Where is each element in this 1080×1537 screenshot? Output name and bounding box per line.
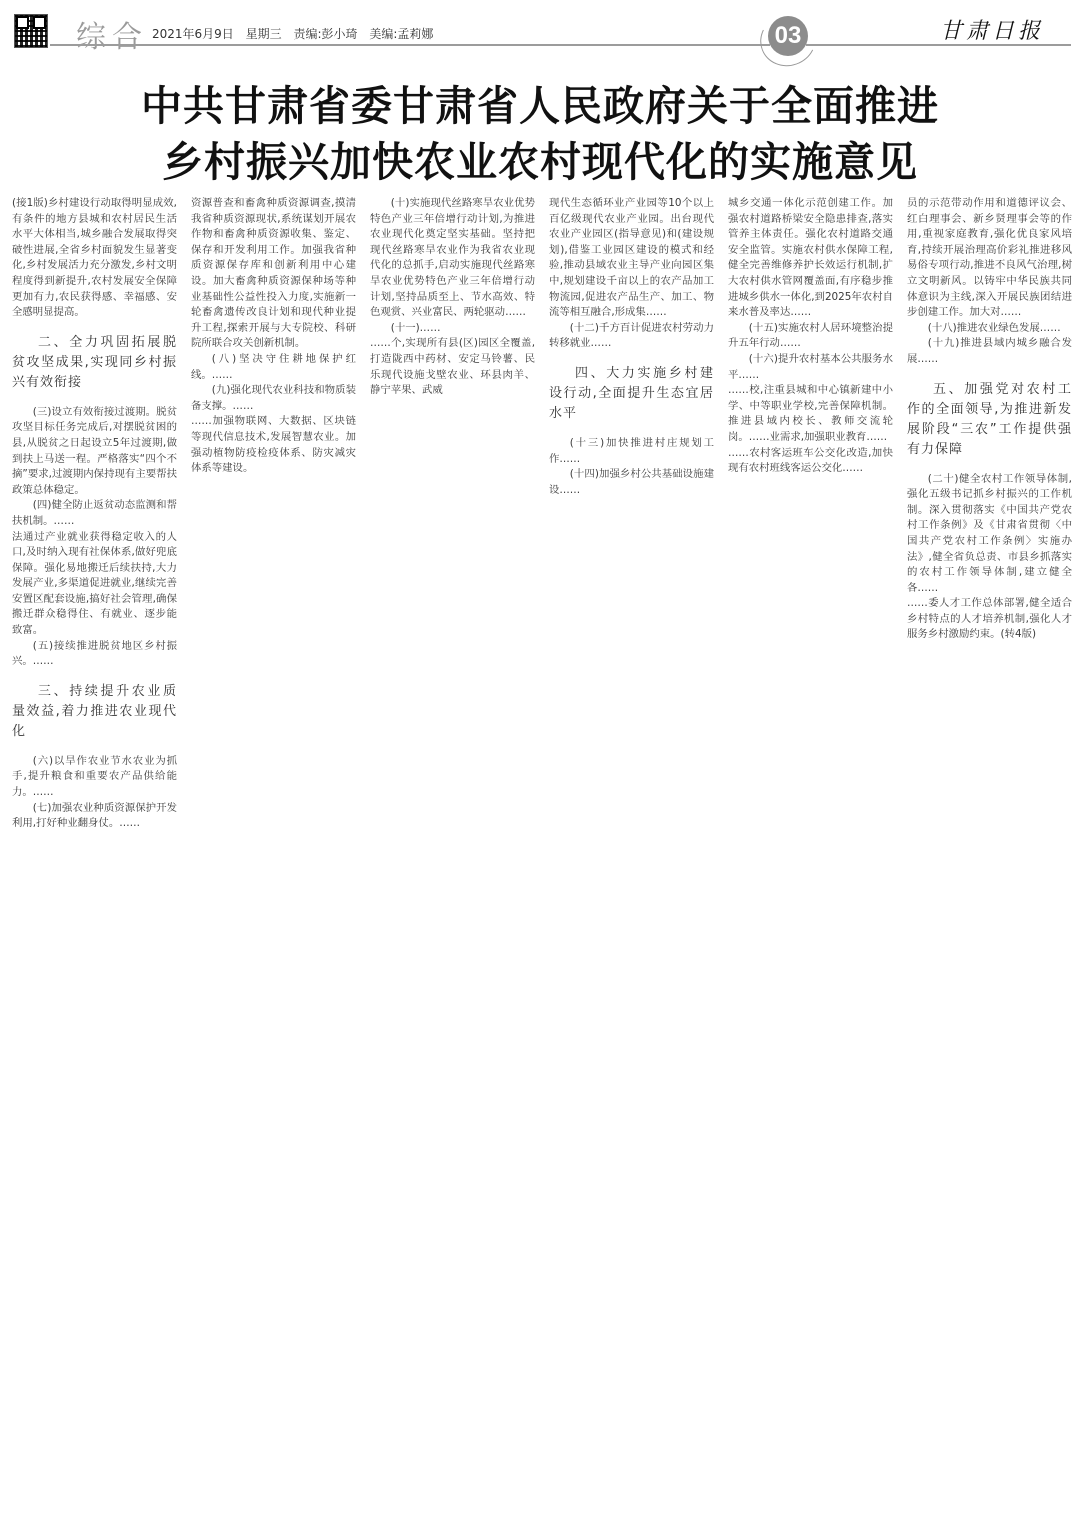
- article-paragraph: (十二)千方百计促进农村劳动力转移就业……: [549, 321, 714, 352]
- article-paragraph: (五)接续推进脱贫地区乡村振兴。……: [12, 639, 177, 670]
- article-paragraph: (十四)加强乡村公共基础设施建设……: [549, 467, 714, 498]
- article-paragraph: (十)实施现代丝路寒旱农业优势特色产业三年倍增行动计划,为推进农业现代化奠定坚实…: [370, 196, 535, 321]
- newspaper-logo: 甘肃日报: [940, 14, 1044, 45]
- article-paragraph: (二十)健全农村工作领导体制,强化五级书记抓乡村振兴的工作机制。深入贯彻落实《中…: [907, 472, 1072, 597]
- issue-meta: 2021年6月9日 星期三 责编:彭小琦 美编:孟莉娜: [152, 25, 433, 42]
- article-paragraph: 员的示范带动作用和道德评议会、红白理事会、新乡贤理事会等的作用,重视家庭教育,强…: [907, 196, 1072, 321]
- article-paragraph: 法通过产业就业获得稳定收入的人口,及时纳入现有社保体系,做好兜底保障。强化易地搬…: [12, 530, 177, 639]
- section-name: 综合: [76, 12, 148, 56]
- article-column-5: 城乡交通一体化示范创建工作。加强农村道路桥梁安全隐患排查,落实管养主体责任。强化…: [728, 196, 893, 1532]
- article-paragraph: (十三)加快推进村庄规划工作……: [549, 436, 714, 467]
- section-subheading: 三、持续提升农业质量效益,着力推进农业现代化: [12, 682, 177, 742]
- article-column-2: 资源普查和畜禽种质资源调查,摸清我省种质资源现状,系统谋划开展农作物和畜禽种质资…: [191, 196, 356, 1532]
- article-paragraph: (接1版)乡村建设行动取得明显成效,有条件的地方县城和农村居民生活水平大体相当,…: [12, 196, 177, 321]
- section-subheading: 五、加强党对农村工作的全面领导,为推进新发展阶段“三农”工作提供强有力保障: [907, 380, 1072, 460]
- designer-credit: 美编:孟莉娜: [369, 27, 433, 41]
- article-paragraph: (九)强化现代农业科技和物质装备支撑。……: [191, 383, 356, 414]
- article-paragraph: ……校,注重县城和中心镇新建中小学、中等职业学校,完善保障机制。推进县域内校长、…: [728, 383, 893, 445]
- article-body-columns: (接1版)乡村建设行动取得明显成效,有条件的地方县城和农村居民生活水平大体相当,…: [12, 196, 1072, 1532]
- headline-line-1: 中共甘肃省委甘肃省人民政府关于全面推进: [100, 78, 980, 134]
- article-paragraph: (七)加强农业种质资源保护开发利用,打好种业翻身仗。……: [12, 801, 177, 832]
- article-paragraph: (十九)推进县域内城乡融合发展……: [907, 336, 1072, 367]
- article-paragraph: 城乡交通一体化示范创建工作。加强农村道路桥梁安全隐患排查,落实管养主体责任。强化…: [728, 196, 893, 321]
- article-paragraph: ……农村客运班车公交化改造,加快现有农村班线客运公交化……: [728, 446, 893, 477]
- page-number-badge: 03: [768, 16, 808, 56]
- editor-credit: 责编:彭小琦: [293, 27, 357, 41]
- article-paragraph: ……委人才工作总体部署,健全适合乡村特点的人才培养机制,强化人才服务乡村激励约束…: [907, 596, 1072, 643]
- article-paragraph: (八)坚决守住耕地保护红线。……: [191, 352, 356, 383]
- issue-date: 2021年6月9日: [152, 27, 234, 41]
- article-column-6: 员的示范带动作用和道德评议会、红白理事会、新乡贤理事会等的作用,重视家庭教育,强…: [907, 196, 1072, 1532]
- article-paragraph: (十八)推进农业绿色发展……: [907, 321, 1072, 337]
- issue-weekday: 星期三: [246, 27, 282, 41]
- article-paragraph: (十五)实施农村人居环境整治提升五年行动……: [728, 321, 893, 352]
- section-subheading: 二、全力巩固拓展脱贫攻坚成果,实现同乡村振兴有效衔接: [12, 333, 177, 393]
- article-paragraph: 现代生态循环业产业园等10个以上百亿级现代农业产业园。出台现代农业产业园区(指导…: [549, 196, 714, 321]
- article-paragraph: (十六)提升农村基本公共服务水平……: [728, 352, 893, 383]
- article-paragraph: (三)设立有效衔接过渡期。脱贫攻坚目标任务完成后,对摆脱贫困的县,从脱贫之日起设…: [12, 405, 177, 499]
- masthead-divider-left: [50, 44, 770, 46]
- article-paragraph: (四)健全防止返贫动态监测和帮扶机制。……: [12, 498, 177, 529]
- article-paragraph: (六)以旱作农业节水农业为抓手,提升粮食和重要农产品供给能力。……: [12, 754, 177, 801]
- article-column-3: (十)实施现代丝路寒旱农业优势特色产业三年倍增行动计划,为推进农业现代化奠定坚实…: [370, 196, 535, 1532]
- article-paragraph: ……加强物联网、大数据、区块链等现代信息技术,发展智慧农业。加强动植物防疫检疫体…: [191, 414, 356, 476]
- headline-line-2: 乡村振兴加快农业农村现代化的实施意见: [100, 134, 980, 190]
- article-paragraph: 资源普查和畜禽种质资源调查,摸清我省种质资源现状,系统谋划开展农作物和畜禽种质资…: [191, 196, 356, 352]
- article-column-4: 现代生态循环业产业园等10个以上百亿级现代农业产业园。出台现代农业产业园区(指导…: [549, 196, 714, 1532]
- section-subheading: 四、大力实施乡村建设行动,全面提升生态宜居水平: [549, 364, 714, 424]
- article-headline: 中共甘肃省委甘肃省人民政府关于全面推进 乡村振兴加快农业农村现代化的实施意见: [100, 78, 980, 190]
- article-column-1: (接1版)乡村建设行动取得明显成效,有条件的地方县城和农村居民生活水平大体相当,…: [12, 196, 177, 1532]
- article-paragraph: ……个,实现所有县(区)园区全覆盖,打造陇西中药材、安定马铃薯、民乐现代设施戈壁…: [370, 336, 535, 398]
- article-paragraph: (十一)……: [370, 321, 535, 337]
- masthead: 综合 2021年6月9日 星期三 责编:彭小琦 美编:孟莉娜 03 甘肃日报: [0, 0, 1080, 60]
- qr-code-icon[interactable]: [14, 14, 48, 48]
